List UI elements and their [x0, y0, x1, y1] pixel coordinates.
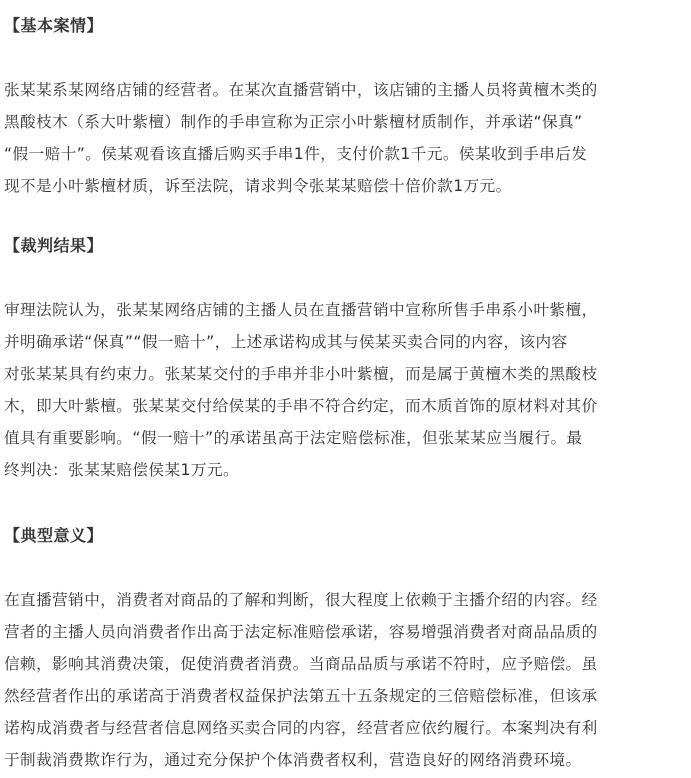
text-line: 诺构成消费者与经营者信息网络买卖合同的内容，经营者应依约履行。本案判决有利 [4, 712, 672, 744]
text-line: 然经营者作出的承诺高于消费者权益保护法第五十五条规定的三倍赔偿标准，但该承 [4, 680, 672, 712]
text-line: 营者的主播人员向消费者作出高于法定标准赔偿承诺，容易增强消费者对商品品质的 [4, 616, 672, 648]
text-line: 信赖，影响其消费决策，促使消费者消费。当商品品质与承诺不符时，应予赔偿。虽 [4, 648, 672, 680]
text-line: “假一赔十”。侯某观看该直播后购买手串1件，支付价款1千元。侯某收到手串后发 [4, 138, 672, 170]
text-line: 木，即大叶紫檀。张某某交付给侯某的手串不符合约定，而木质首饰的原材料对其价 [4, 390, 672, 422]
text-line: 于制裁消费欺诈行为，通过充分保护个体消费者权利，营造良好的网络消费环境。 [4, 744, 672, 776]
text-line: 在直播营销中，消费者对商品的了解和判断，很大程度上依赖于主播介绍的内容。经 [4, 584, 672, 616]
text-line: 现不是小叶紫檀材质，诉至法院，请求判令张某某赔偿十倍价款1万元。 [4, 170, 672, 202]
text-line: 张某某系某网络店铺的经营者。在某次直播营销中，该店铺的主播人员将黄檀木类的 [4, 74, 672, 106]
section-body-typical-significance: 在直播营销中，消费者对商品的了解和判断，很大程度上依赖于主播介绍的内容。经 营者… [4, 584, 672, 776]
text-line: 终判决：张某某赔偿侯某1万元。 [4, 454, 672, 486]
text-line: 对张某某具有约束力。张某某交付的手串并非小叶紫檀，而是属于黄檀木类的黑酸枝 [4, 358, 672, 390]
section-heading-basic-facts: 【基本案情】 [4, 16, 103, 36]
text-line: 并明确承诺“保真”“假一赔十”，上述承诺构成其与侯某买卖合同的内容，该内容 [4, 326, 672, 358]
section-body-judgment-result: 审理法院认为，张某某网络店铺的主播人员在直播营销中宣称所售手串系小叶紫檀， 并明… [4, 294, 672, 486]
section-heading-typical-significance: 【典型意义】 [4, 526, 103, 546]
text-line: 黑酸枝木（系大叶紫檀）制作的手串宣称为正宗小叶紫檀材质制作，并承诺“保真” [4, 106, 672, 138]
text-line: 值具有重要影响。“假一赔十”的承诺虽高于法定赔偿标准，但张某某应当履行。最 [4, 422, 672, 454]
text-line: 审理法院认为，张某某网络店铺的主播人员在直播营销中宣称所售手串系小叶紫檀， [4, 294, 672, 326]
section-heading-judgment-result: 【裁判结果】 [4, 236, 103, 256]
document: 【基本案情】 张某某系某网络店铺的经营者。在某次直播营销中，该店铺的主播人员将黄… [0, 0, 691, 778]
section-body-basic-facts: 张某某系某网络店铺的经营者。在某次直播营销中，该店铺的主播人员将黄檀木类的 黑酸… [4, 74, 672, 202]
